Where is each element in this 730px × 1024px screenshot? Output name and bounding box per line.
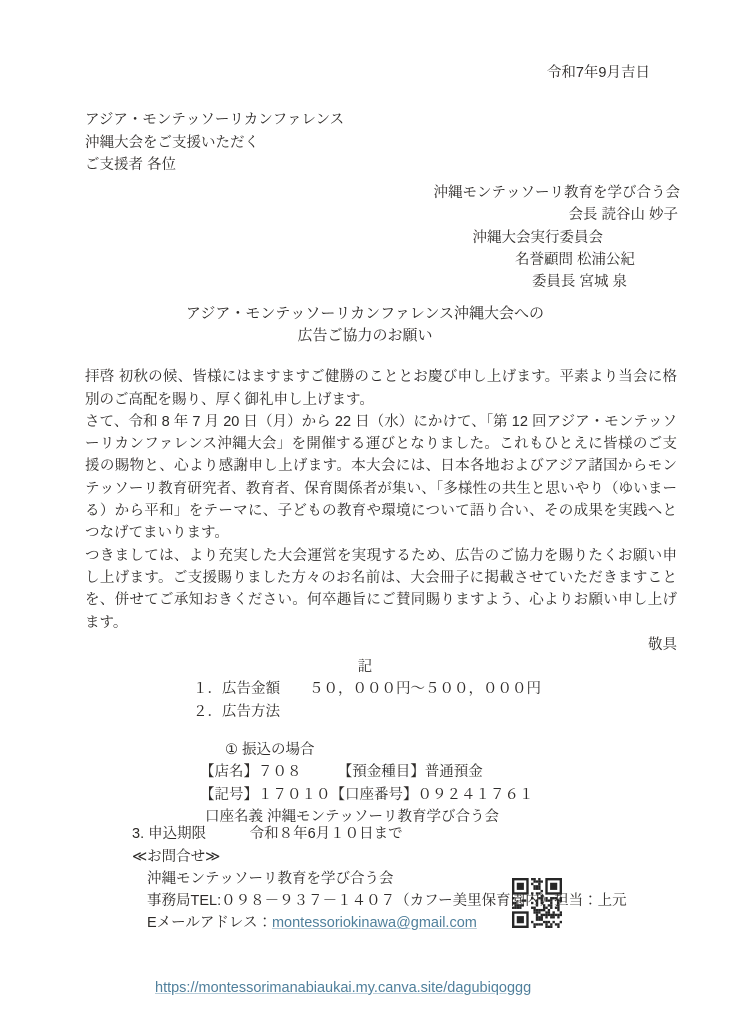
sender-chairperson: 会長 読谷山 妙子: [0, 204, 678, 226]
bank-code-and-account-number: 【記号】１７０１０【口座番号】０９２４１７６１: [200, 784, 730, 806]
sender-committee: 沖縄大会実行委員会: [0, 227, 603, 249]
letter-title: アジア・モンテッソーリカンファレンス沖縄大会への 広告ご協力のお願い: [0, 303, 730, 348]
sender-organization: 沖縄モンテッソーリ教育を学び合う会: [0, 182, 680, 204]
site-url-link[interactable]: https://montessorimanabiaukai.my.canva.s…: [155, 980, 531, 996]
body-paragraph-request: つきましては、より充実した大会運営を実現するため、広告のご協力を賜りたくお願い申…: [85, 545, 677, 634]
contact-email-link[interactable]: montessoriokinawa@gmail.com: [272, 915, 477, 931]
contact-heading: ≪お問合せ≫: [132, 846, 730, 868]
body-paragraph-announcement: さて、令和 8 年 7 月 20 日（月）から 22 日（水）にかけて、「第 1…: [85, 411, 677, 545]
transfer-case-label: ① 振込の場合: [225, 739, 730, 761]
sender-block: 沖縄モンテッソーリ教育を学び合う会 会長 読谷山 妙子 沖縄大会実行委員会 名誉…: [0, 182, 730, 293]
closing-word: 敬具: [0, 634, 730, 656]
recipient-block: アジア・モンテッソーリカンファレンス 沖縄大会をご支援いただく ご支援者 各位: [85, 109, 730, 176]
sender-committee-chair: 委員長 宮城 泉: [0, 271, 627, 293]
contact-organization: 沖縄モンテッソーリ教育を学び合う会: [147, 868, 730, 890]
letter-title-line2: 広告ご協力のお願い: [0, 325, 730, 347]
record-heading: 記: [0, 656, 730, 678]
letter-date: 令和7年9月吉日: [0, 62, 730, 84]
recipient-line: ご支援者 各位: [85, 154, 730, 176]
qr-code-image: [512, 878, 562, 928]
contact-email-line: Eメールアドレス：montessoriokinawa@gmail.com: [147, 912, 730, 934]
recipient-line: 沖縄大会をご支援いただく: [85, 132, 730, 154]
letter-title-line1: アジア・モンテッソーリカンファレンス沖縄大会への: [0, 303, 730, 325]
spacer: [0, 723, 730, 739]
bank-branch-and-type: 【店名】７０８ 【預金種目】普通預金: [200, 761, 730, 783]
contact-email-label: Eメールアドレス：: [147, 915, 272, 931]
letter-page: 令和7年9月吉日 アジア・モンテッソーリカンファレンス 沖縄大会をご支援いただく…: [0, 0, 730, 1024]
sender-honorary-advisor: 名誉顧問 松浦公紀: [0, 249, 635, 271]
notice-item-amount: １．広告金額 ５０，０００円～５００，０００円: [193, 678, 730, 700]
notice-item-method: ２．広告方法: [193, 701, 730, 723]
body-paragraph-greeting: 拝啓 初秋の候、皆様にはますますご健勝のこととお慶び申し上げます。平素より当会に…: [85, 366, 677, 411]
contact-telephone: 事務局TEL:０９８－９３７－１４０７（カフー美里保育園内）担当：上元: [147, 890, 730, 912]
site-url-line: https://montessorimanabiaukai.my.canva.s…: [155, 977, 730, 999]
letter-body: 拝啓 初秋の候、皆様にはますますご健勝のこととお慶び申し上げます。平素より当会に…: [85, 366, 677, 634]
recipient-line: アジア・モンテッソーリカンファレンス: [85, 109, 730, 131]
